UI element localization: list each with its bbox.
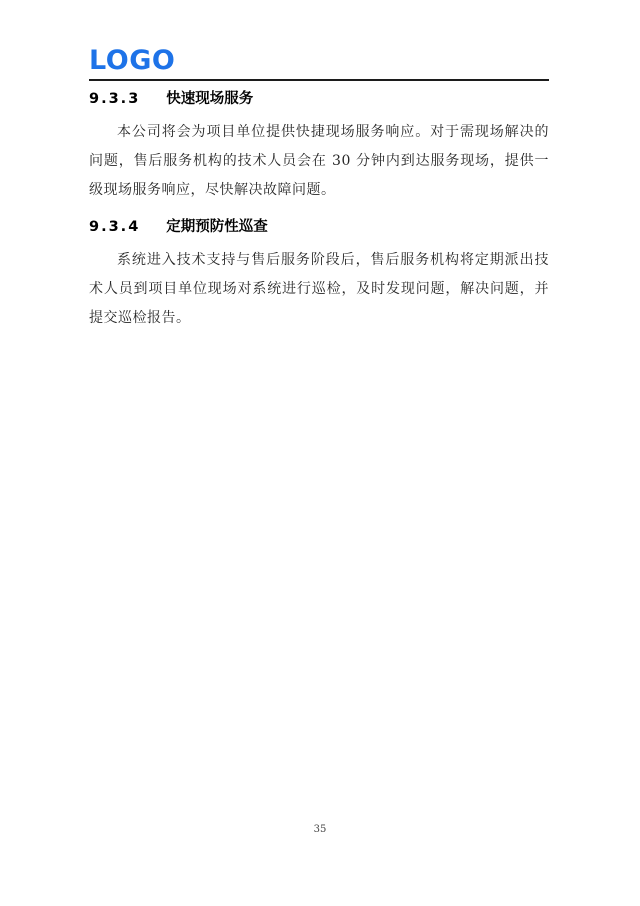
section-9-3-4: 9.3.4定期预防性巡查 系统进入技术支持与售后服务阶段后，售后服务机构将定期派… <box>89 219 549 333</box>
heading-title: 定期预防性巡查 <box>166 219 268 235</box>
page-content: LOGO 9.3.3快速现场服务 本公司将会为项目单位提供快捷现场服务响应。对于… <box>89 46 549 333</box>
page-footer: 35 <box>0 824 640 835</box>
heading-number: 9.3.3 <box>89 91 140 107</box>
page-header: LOGO <box>89 46 549 81</box>
section-9-3-3: 9.3.3快速现场服务 本公司将会为项目单位提供快捷现场服务响应。对于需现场解决… <box>89 91 549 205</box>
section-heading: 9.3.3快速现场服务 <box>89 91 549 107</box>
document-page: LOGO 9.3.3快速现场服务 本公司将会为项目单位提供快捷现场服务响应。对于… <box>0 0 640 906</box>
body-paragraph: 本公司将会为项目单位提供快捷现场服务响应。对于需现场解决的问题，售后服务机构的技… <box>89 118 549 205</box>
section-heading: 9.3.4定期预防性巡查 <box>89 219 549 235</box>
company-logo: LOGO <box>89 46 549 76</box>
body-paragraph: 系统进入技术支持与售后服务阶段后，售后服务机构将定期派出技术人员到项目单位现场对… <box>89 246 549 333</box>
heading-title: 快速现场服务 <box>166 91 253 107</box>
page-number: 35 <box>314 824 327 835</box>
header-divider <box>89 79 549 81</box>
heading-number: 9.3.4 <box>89 219 140 235</box>
